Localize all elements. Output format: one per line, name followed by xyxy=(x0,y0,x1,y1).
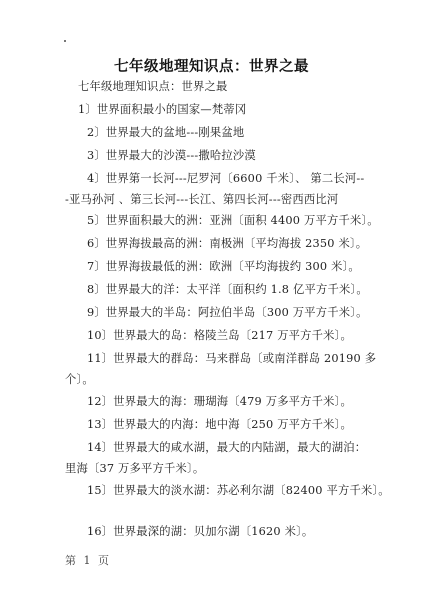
subtitle: 七年级地理知识点：世界之最 xyxy=(78,78,227,94)
item-6: 6〕世界海拔最高的洲：南极洲〔平均海拔 2350 米〕。 xyxy=(87,235,367,251)
item-11: 11〕世界最大的群岛：马来群岛〔或南洋群岛 20190 多 xyxy=(87,350,376,366)
item-11-cont: 个〕。 xyxy=(65,371,94,387)
item-4-cont: -亚马孙河 、第三长河---长江、第四长河---密西西比河 xyxy=(65,191,338,207)
item-14-cont: 里海〔37 万多平方千米〕。 xyxy=(65,460,204,476)
item-5: 5〕世界面积最大的洲：亚洲〔面积 4400 万平方千米〕。 xyxy=(87,212,379,228)
item-13: 13〕世界最大的内海：地中海〔250 万平方千米〕。 xyxy=(87,416,352,432)
item-8: 8〕世界最大的洋：太平洋〔面积约 1.8 亿平方千米〕。 xyxy=(87,281,368,297)
item-7: 7〕世界海拔最低的洲：欧洲〔平均海拔约 300 米〕。 xyxy=(87,258,360,274)
item-10: 10〕世界最大的岛：格陵兰岛〔217 万平方千米〕。 xyxy=(87,327,352,343)
item-16: 16〕世界最深的湖：贝加尔湖〔1620 米〕。 xyxy=(87,523,313,539)
stray-dot xyxy=(64,40,66,42)
item-2: 2〕世界最大的盆地---刚果盆地 xyxy=(87,124,244,140)
item-9: 9〕世界最大的半岛：阿拉伯半岛〔300 万平方千米〕。 xyxy=(87,304,368,320)
item-1: 1〕世界面积最小的国家—梵蒂冈 xyxy=(78,101,246,117)
item-4: 4〕世界第一长河---尼罗河〔6600 千米〕、 第二长河-- xyxy=(87,170,364,186)
item-14: 14〕世界最大的咸水湖，最大的内陆湖，最大的湖泊： xyxy=(87,439,366,455)
item-3: 3〕世界最大的沙漠---撒哈拉沙漠 xyxy=(87,147,256,163)
item-15: 15〕世界最大的淡水湖：苏必利尔湖〔82400 平方千米〕。 xyxy=(87,482,390,498)
document-title: 七年级地理知识点：世界之最 xyxy=(0,55,423,76)
page-number: 第 1 页 xyxy=(65,552,111,568)
item-12: 12〕世界最大的海：珊瑚海〔479 万多平方千米〕。 xyxy=(87,393,352,409)
